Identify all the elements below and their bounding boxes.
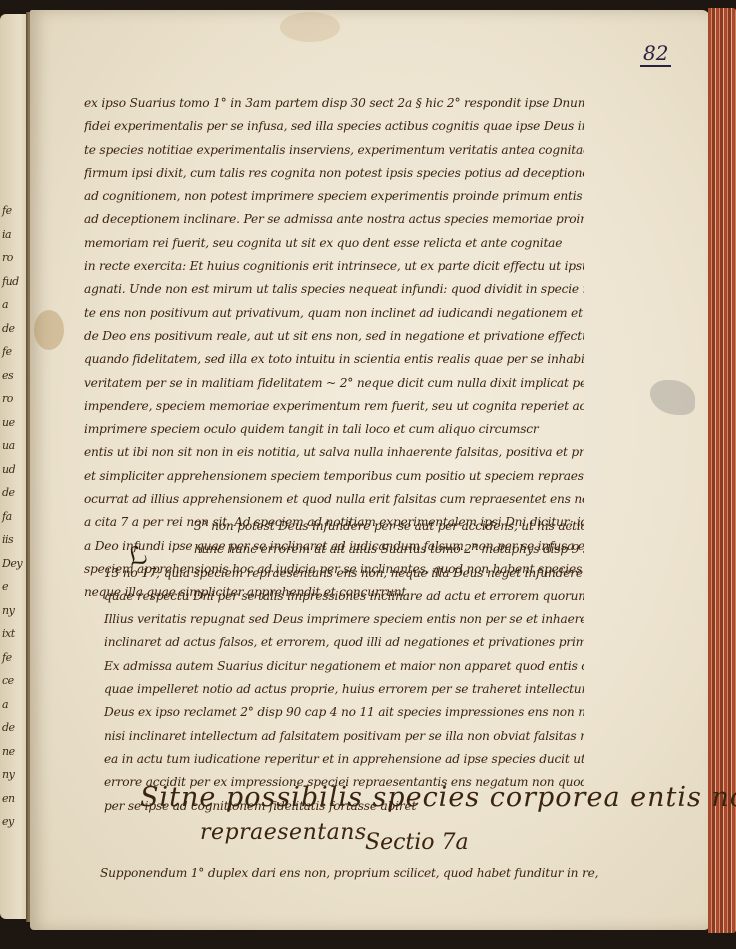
text-line: 3° non potest Deus infundere per se aut …: [84, 515, 584, 538]
left-page-fragment: ue: [2, 416, 15, 429]
text-line: Ex admissa autem Suarius dicitur negatio…: [84, 655, 584, 678]
text-line: Deus ex ipso reclamet 2° disp 90 cap 4 n…: [84, 701, 584, 724]
text-line: ad deceptionem inclinare. Per se admissa…: [84, 208, 584, 231]
text-line: imprimere speciem oculo quidem tangit in…: [84, 418, 584, 441]
text-line: Supponendum 1° duplex dari ens non, prop…: [100, 862, 600, 885]
folio-number: 82: [640, 42, 671, 67]
section-number: Sectio 7a: [365, 830, 469, 855]
left-page-fragment: a: [2, 698, 8, 711]
text-line: te ens non positivum aut privativum, qua…: [84, 302, 584, 325]
text-line: quando fidelitatem, sed illa ex toto int…: [84, 348, 584, 371]
left-page-fragment: fe: [2, 651, 12, 664]
left-page-fragment: fe: [2, 345, 12, 358]
left-page-fragment: ny: [2, 604, 14, 617]
text-line: 13 no 17; quia speciem repraesentans ens…: [84, 562, 584, 585]
left-page-fragment: ce: [2, 674, 14, 687]
left-page-fragment: en: [2, 792, 15, 805]
paragraph-2: 3° non potest Deus infundere per se aut …: [84, 515, 584, 818]
text-line: hunc hunc errorem ut ait alius Suarius t…: [84, 538, 584, 561]
left-page-fragment: de: [2, 721, 15, 734]
left-page-fragment: ey: [2, 815, 14, 828]
section-heading-line-1: Sitne possibilis species corporea entis …: [140, 782, 736, 813]
left-page-fragment: iis: [2, 533, 13, 546]
text-line: te species notitiae experimentalis inser…: [84, 139, 584, 162]
left-page-fragment: ny: [2, 768, 14, 781]
left-page-fragment: ixt: [2, 627, 15, 640]
left-page-fragment: de: [2, 322, 15, 335]
text-line: ex ipso Suarius tomo 1° in 3am partem di…: [84, 92, 584, 115]
text-line: veritatem per se in malitiam fidelitatem…: [84, 372, 584, 395]
left-page-fragment: ia: [2, 228, 11, 241]
section-heading-line-2: repraesentans: [200, 820, 367, 845]
text-line: firmum ipsi dixit, cum talis res cognita…: [84, 162, 584, 185]
left-page-fragment: fud: [2, 275, 19, 288]
left-page-fragment: ud: [2, 463, 15, 476]
left-page-fragment: Dey: [2, 557, 22, 570]
closing-line: Supponendum 1° duplex dari ens non, prop…: [100, 862, 600, 885]
left-page-fragment: ua: [2, 439, 15, 452]
stain-left: [34, 310, 64, 350]
left-page-fragment: fa: [2, 510, 12, 523]
left-page-fragment: fe: [2, 204, 12, 217]
text-line: ad cognitionem, non potest imprimere spe…: [84, 185, 584, 208]
text-line: nisi inclinaret intellectum ad falsitate…: [84, 725, 584, 748]
text-line: ocurrat ad illius apprehensionem et quod…: [84, 488, 584, 511]
stain-top: [280, 12, 340, 42]
left-page-fragment: e: [2, 580, 8, 593]
text-line: quae impelleret notio ad actus proprie, …: [84, 678, 584, 701]
text-line: ea in actu tum iudicatione reperitur et …: [84, 748, 584, 771]
text-line: agnati. Unde non est mirum ut talis spec…: [84, 278, 584, 301]
text-line: entis ut ibi non sit non in eis notitia,…: [84, 441, 584, 464]
text-line: quae respectu Dni per se talis impressio…: [84, 585, 584, 608]
left-page-fragment: ne: [2, 745, 15, 758]
left-page-fragment: de: [2, 486, 15, 499]
text-line: memoriam rei fuerit, seu cognita ut sit …: [84, 232, 584, 255]
text-line: et simpliciter apprehensionem speciem te…: [84, 465, 584, 488]
left-page-fragment: ro: [2, 251, 13, 264]
text-line: inclinaret ad actus falsos, et errorem, …: [84, 631, 584, 654]
text-line: in recte exercita: Et huius cognitionis …: [84, 255, 584, 278]
text-line: fidei experimentalis per se infusa, sed …: [84, 115, 584, 138]
left-page-fragment: ro: [2, 392, 13, 405]
text-line: de Deo ens positivum reale, aut ut sit e…: [84, 325, 584, 348]
left-page-fragment: a: [2, 298, 8, 311]
left-page-fragment: es: [2, 369, 13, 382]
text-line: impendere, speciem memoriae experimentum…: [84, 395, 584, 418]
stain-right: [650, 380, 695, 415]
text-line: Illius veritatis repugnat sed Deus impri…: [84, 608, 584, 631]
